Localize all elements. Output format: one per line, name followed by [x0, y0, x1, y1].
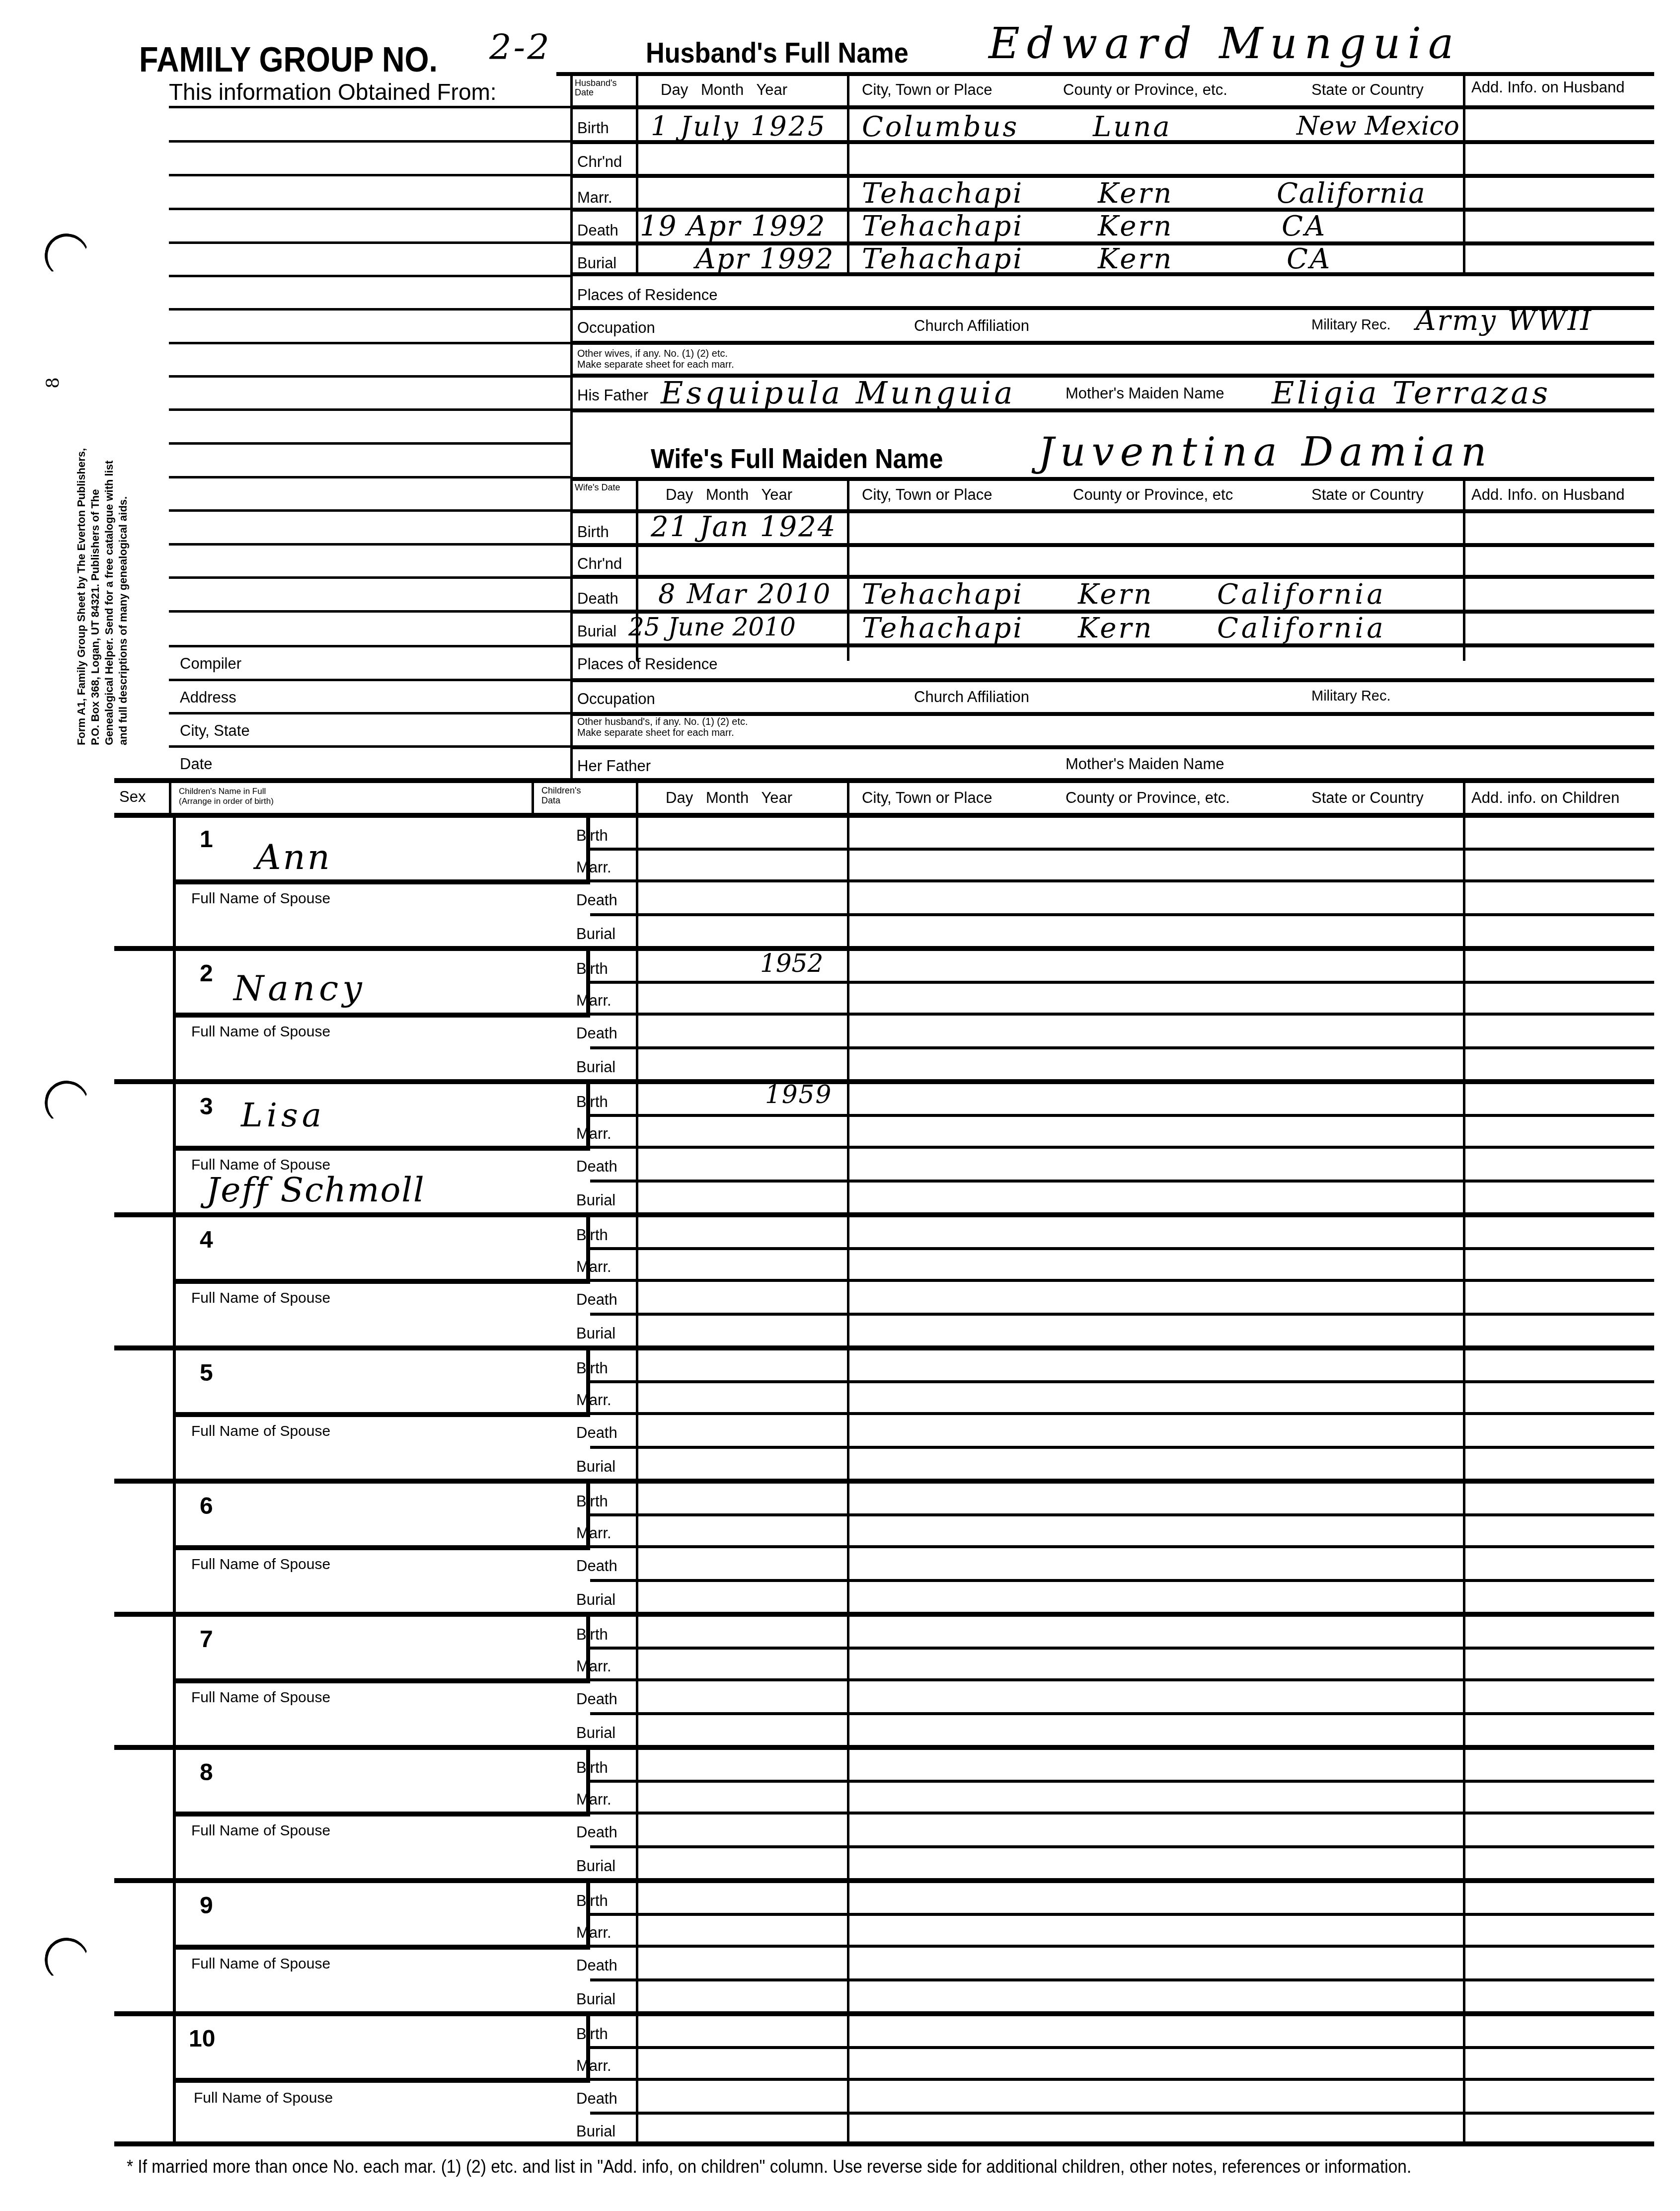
- child-block-6[interactable]: 6 Full Name of Spouse Birth Marr. Death …: [114, 1484, 1654, 1617]
- husband-christening-row[interactable]: Chr'nd: [571, 144, 1654, 174]
- publisher-note-line: Form A1, Family Group Sheet by The Evert…: [75, 448, 88, 745]
- event-label-birth: Birth: [576, 1627, 608, 1642]
- wife-burial-city-field[interactable]: Tehachapi: [862, 615, 1024, 642]
- event-label-marr: Marr.: [576, 1925, 611, 1940]
- birth-city-field[interactable]: Columbus: [862, 113, 1019, 141]
- compiler-label: Compiler: [180, 656, 241, 671]
- her-father-label: Her Father: [577, 758, 651, 774]
- row-label: Birth: [577, 120, 609, 136]
- marriage-county-field[interactable]: Kern: [1098, 180, 1173, 208]
- child-block-3[interactable]: 3 Lisa 1959 Full Name of Spouse Jeff Sch…: [114, 1084, 1654, 1217]
- child-number: 6: [200, 1495, 213, 1518]
- city-header: City, Town or Place: [862, 487, 992, 502]
- child-block-7[interactable]: 7 Full Name of Spouse Birth Marr. Death …: [114, 1617, 1654, 1750]
- event-label-death: Death: [576, 1691, 617, 1707]
- other-wives-note: Make separate sheet for each marr.: [577, 360, 734, 370]
- row-label: Burial: [577, 255, 616, 271]
- spouse-name-field[interactable]: Jeff Schmoll: [206, 1174, 425, 1207]
- child-name-field[interactable]: Lisa: [241, 1099, 325, 1132]
- marriage-state-field[interactable]: California: [1277, 180, 1426, 208]
- children-data-header: Data: [541, 796, 560, 805]
- wife-burial-state-field[interactable]: California: [1217, 615, 1386, 642]
- county-header: County or Province, etc.: [1063, 82, 1227, 97]
- event-label-death: Death: [576, 1292, 617, 1307]
- husband-birth-row[interactable]: Birth 1 July 1925 Columbus Luna New Mexi…: [571, 109, 1654, 140]
- event-label-burial: Burial: [576, 1059, 615, 1075]
- wife-parents-row[interactable]: Her Father Mother's Maiden Name: [571, 749, 1654, 778]
- event-label-marr: Marr.: [576, 1792, 611, 1807]
- wife-death-date-field[interactable]: 8 Mar 2010: [658, 581, 832, 608]
- obtained-from-label: This information Obtained From:: [169, 80, 497, 103]
- event-label-death: Death: [576, 2091, 617, 2106]
- wife-date-header: Wife's Date: [575, 483, 634, 492]
- spouse-label: Full Name of Spouse: [191, 1557, 330, 1572]
- spouse-label: Full Name of Spouse: [194, 2091, 333, 2106]
- row-label: Chr'nd: [577, 154, 622, 169]
- row-label: Chr'nd: [577, 556, 622, 571]
- military-label: Military Rec.: [1311, 318, 1391, 332]
- spouse-label: Full Name of Spouse: [191, 1823, 330, 1838]
- event-label-burial: Burial: [576, 1592, 615, 1607]
- child-block-1[interactable]: 1 Ann Full Name of Spouse Birth Marr. De…: [114, 818, 1654, 951]
- row-label: Birth: [577, 524, 609, 540]
- event-label-burial: Burial: [576, 1192, 615, 1208]
- child-block-4[interactable]: 4 Full Name of Spouse Birth Marr. Death …: [114, 1217, 1654, 1350]
- group-number-field[interactable]: 2-2: [489, 30, 551, 65]
- husband-burial-row[interactable]: Burial Apr 1992 Tehachapi Kern CA: [571, 245, 1654, 273]
- child-number: 1: [200, 828, 213, 852]
- city-header: City, Town or Place: [862, 82, 992, 97]
- child-block-2[interactable]: 2 Nancy 1952 Full Name of Spouse Birth M…: [114, 951, 1654, 1084]
- wife-birth-row[interactable]: Birth 21 Jan 1924: [571, 513, 1654, 543]
- event-label-marr: Marr.: [576, 860, 611, 875]
- event-label-marr: Marr.: [576, 1658, 611, 1674]
- spouse-label: Full Name of Spouse: [191, 1957, 330, 1972]
- child-number: 4: [200, 1228, 213, 1252]
- city-header: City, Town or Place: [862, 790, 992, 805]
- event-label-burial: Burial: [576, 1858, 615, 1874]
- child-number: 9: [200, 1894, 213, 1918]
- add-info-husband-header: Add. Info. on Husband: [1471, 79, 1625, 95]
- add-info-wife-header: Add. Info. on Husband: [1471, 487, 1625, 502]
- other-husbands-note: Make separate sheet for each marr.: [577, 728, 734, 738]
- death-city-field[interactable]: Tehachapi: [862, 213, 1024, 240]
- address-label: Address: [180, 690, 236, 705]
- wife-death-state-field[interactable]: California: [1217, 581, 1386, 609]
- punch-hole-icon: [41, 230, 92, 281]
- event-label-birth: Birth: [576, 1227, 608, 1243]
- day-month-year-header: Day Month Year: [666, 487, 792, 502]
- event-label-marr: Marr.: [576, 2058, 611, 2073]
- compiler-date-label: Date: [180, 756, 212, 772]
- row-label: Death: [577, 591, 618, 606]
- event-label-birth: Birth: [576, 1360, 608, 1376]
- event-label-burial: Burial: [576, 1326, 615, 1341]
- form-title: FAMILY GROUP NO.: [139, 42, 438, 77]
- birth-county-field[interactable]: Luna: [1093, 113, 1172, 141]
- event-label-burial: Burial: [576, 1991, 615, 2007]
- children-data-header: Children's: [541, 786, 581, 795]
- state-header: State or Country: [1311, 82, 1424, 97]
- county-header: County or Province, etc.: [1066, 790, 1230, 805]
- event-label-death: Death: [576, 1159, 617, 1174]
- husband-date-header: Husband's Date: [575, 79, 634, 97]
- event-label-death: Death: [576, 1958, 617, 1973]
- child-number: 7: [200, 1628, 213, 1652]
- row-label: Death: [577, 223, 618, 238]
- event-label-birth: Birth: [576, 1760, 608, 1775]
- husband-residence-field[interactable]: Places of Residence: [571, 276, 1654, 306]
- other-husbands-note: Other husband's, if any. No. (1) (2) etc…: [577, 717, 748, 727]
- event-label-marr: Marr.: [576, 993, 611, 1008]
- row-label: Burial: [577, 624, 616, 639]
- county-header: County or Province, etc: [1073, 487, 1233, 502]
- mother-maiden-name-field[interactable]: Eligia Terrazas: [1272, 378, 1551, 408]
- other-wives-field[interactable]: Other wives, if any. No. (1) (2) etc. Ma…: [571, 345, 1654, 375]
- occupation-label: Occupation: [577, 691, 655, 707]
- husband-marriage-row[interactable]: Marr. Tehachapi Kern California: [571, 178, 1654, 208]
- military-field[interactable]: Army WWII: [1416, 307, 1593, 335]
- punch-hole-icon: [41, 1077, 92, 1128]
- child-number: 3: [200, 1095, 213, 1119]
- wife-christening-row[interactable]: Chr'nd: [571, 547, 1654, 575]
- husband-parents-row[interactable]: His Father Esquipula Munguia Mother's Ma…: [571, 378, 1654, 408]
- child-birth-year-field[interactable]: 1959: [765, 1082, 832, 1107]
- child-number: 2: [200, 962, 213, 986]
- event-label-death: Death: [576, 1558, 617, 1574]
- birth-date-field[interactable]: 1 July 1925: [651, 113, 827, 140]
- event-label-burial: Burial: [576, 2124, 615, 2139]
- spouse-label: Full Name of Spouse: [191, 1690, 330, 1705]
- spouse-label: Full Name of Spouse: [191, 891, 330, 906]
- other-husbands-field[interactable]: Other husband's, if any. No. (1) (2) etc…: [571, 716, 1654, 745]
- mother-maiden-name-label: Mother's Maiden Name: [1066, 386, 1224, 401]
- event-label-burial: Burial: [576, 1725, 615, 1740]
- birth-state-field[interactable]: New Mexico: [1297, 113, 1459, 139]
- event-label-marr: Marr.: [576, 1392, 611, 1408]
- burial-county-field[interactable]: Kern: [1098, 245, 1173, 273]
- child-number: 10: [189, 2027, 215, 2051]
- event-label-birth: Birth: [576, 961, 608, 976]
- husband-name-field[interactable]: Edward Munguia: [989, 22, 1460, 65]
- event-label-birth: Birth: [576, 1494, 608, 1509]
- children-name-subheader: (Arrange in order of birth): [179, 797, 274, 806]
- state-header: State or Country: [1311, 487, 1424, 502]
- event-label-birth: Birth: [576, 2026, 608, 2042]
- church-label: Church Affiliation: [914, 318, 1029, 333]
- wife-name-field[interactable]: Juventina Damian: [1038, 432, 1493, 472]
- event-label-birth: Birth: [576, 1893, 608, 1908]
- add-info-children-header: Add. info. on Children: [1471, 790, 1619, 805]
- death-date-field[interactable]: 19 Apr 1992: [640, 213, 826, 240]
- day-month-year-header: Day Month Year: [661, 82, 787, 97]
- event-label-burial: Burial: [576, 1459, 615, 1474]
- publisher-note-line: P.O. Box 368, Logan, UT 84321. Publisher…: [88, 448, 102, 745]
- death-county-field[interactable]: Kern: [1098, 213, 1173, 240]
- footnote: * If married more than once No. each mar…: [127, 2156, 1411, 2177]
- publisher-note: Form A1, Family Group Sheet by The Evert…: [75, 448, 131, 745]
- child-block-5[interactable]: 5 Full Name of Spouse Birth Marr. Death …: [114, 1350, 1654, 1484]
- event-label-death: Death: [576, 1425, 617, 1440]
- wife-burial-county-field[interactable]: Kern: [1078, 615, 1153, 642]
- spouse-label: Full Name of Spouse: [191, 1025, 330, 1039]
- punch-hole-icon: [41, 1934, 92, 1985]
- wife-residence-field[interactable]: Places of Residence: [571, 647, 1654, 677]
- children-name-header: Children's Name in Full: [179, 787, 266, 796]
- burial-date-field[interactable]: Apr 1992: [695, 245, 834, 273]
- husband-name-label: Husband's Full Name: [646, 39, 909, 68]
- event-label-marr: Marr.: [576, 1525, 611, 1541]
- residence-label: Places of Residence: [577, 656, 718, 672]
- child-birth-year-field[interactable]: 1952: [760, 951, 823, 976]
- church-label: Church Affiliation: [914, 689, 1029, 705]
- state-header: State or Country: [1311, 790, 1424, 805]
- his-father-label: His Father: [577, 388, 648, 403]
- wife-burial-date-field[interactable]: 25 June 2010: [628, 615, 796, 639]
- marriage-city-field[interactable]: Tehachapi: [862, 180, 1024, 208]
- event-label-marr: Marr.: [576, 1126, 611, 1141]
- residence-label: Places of Residence: [577, 287, 718, 303]
- child-block-9[interactable]: 9 Full Name of Spouse Birth Marr. Death …: [114, 1883, 1654, 2016]
- row-label: Marr.: [577, 190, 612, 205]
- child-number: 5: [200, 1361, 213, 1385]
- event-label-death: Death: [576, 1824, 617, 1840]
- death-state-field[interactable]: CA: [1282, 213, 1327, 240]
- event-label-death: Death: [576, 1026, 617, 1041]
- child-name-field[interactable]: Nancy: [233, 971, 366, 1006]
- wife-burial-row[interactable]: Burial 25 June 2010 Tehachapi Kern Calif…: [571, 614, 1654, 643]
- event-label-birth: Birth: [576, 1094, 608, 1109]
- his-father-field[interactable]: Esquipula Munguia: [661, 378, 1015, 408]
- burial-state-field[interactable]: CA: [1287, 245, 1332, 273]
- event-label-death: Death: [576, 892, 617, 908]
- wife-birth-date-field[interactable]: 21 Jan 1924: [651, 513, 837, 541]
- spouse-label: Full Name of Spouse: [191, 1424, 330, 1439]
- husband-occupation-row[interactable]: Occupation Church Affiliation Military R…: [571, 310, 1654, 340]
- child-block-8[interactable]: 8 Full Name of Spouse Birth Marr. Death …: [114, 1750, 1654, 1883]
- sex-header: Sex: [119, 789, 146, 804]
- spouse-label: Full Name of Spouse: [191, 1291, 330, 1306]
- event-label-marr: Marr.: [576, 1259, 611, 1274]
- mother-maiden-name-label: Mother's Maiden Name: [1066, 756, 1224, 772]
- event-label-birth: Birth: [576, 828, 608, 843]
- day-month-year-header: Day Month Year: [666, 790, 792, 805]
- publisher-note-line: Genealogical Helper. Send for a free cat…: [102, 448, 116, 745]
- wife-death-county-field[interactable]: Kern: [1078, 581, 1153, 609]
- child-name-field[interactable]: Ann: [256, 840, 332, 874]
- margin-mark: 8: [43, 377, 63, 389]
- child-block-10[interactable]: 10 Full Name of Spouse Birth Marr. Death…: [114, 2016, 1654, 2146]
- publisher-note-line: and full descriptions of many genealogic…: [116, 448, 130, 745]
- burial-city-field[interactable]: Tehachapi: [862, 245, 1024, 273]
- city-state-label: City, State: [180, 723, 250, 738]
- other-wives-note: Other wives, if any. No. (1) (2) etc.: [577, 349, 728, 359]
- wife-death-city-field[interactable]: Tehachapi: [862, 581, 1024, 609]
- wife-occupation-row[interactable]: Occupation Church Affiliation Military R…: [571, 682, 1654, 712]
- husband-death-row[interactable]: Death 19 Apr 1992 Tehachapi Kern CA: [571, 212, 1654, 241]
- military-label: Military Rec.: [1311, 689, 1391, 704]
- child-number: 8: [200, 1761, 213, 1785]
- occupation-label: Occupation: [577, 320, 655, 335]
- wife-name-label: Wife's Full Maiden Name: [651, 445, 943, 473]
- event-label-burial: Burial: [576, 926, 615, 942]
- wife-death-row[interactable]: Death 8 Mar 2010 Tehachapi Kern Californ…: [571, 579, 1654, 610]
